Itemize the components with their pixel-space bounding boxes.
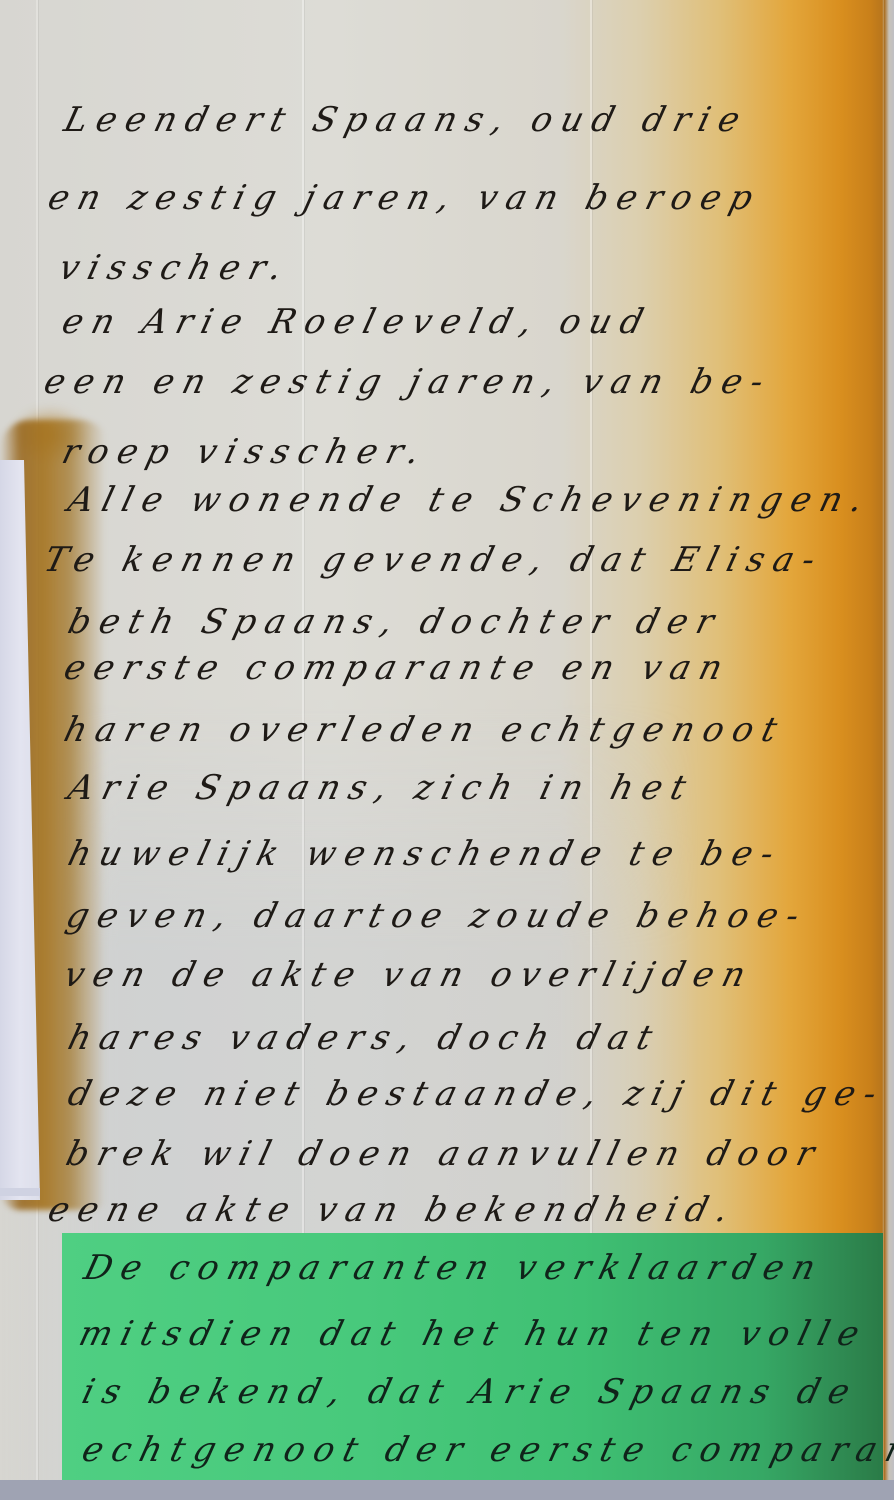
handwritten-line: deze niet bestaande, zij dit ge- bbox=[64, 1074, 890, 1114]
underlying-paper-edge bbox=[0, 1188, 40, 1196]
right-paper-edge bbox=[884, 0, 894, 1500]
handwritten-line: beth Spaans, dochter der bbox=[64, 602, 727, 642]
handwritten-line: haren overleden echtgenoot bbox=[60, 710, 790, 750]
handwritten-line: een en zestig jaren, van be- bbox=[40, 362, 777, 402]
handwritten-line: eerste comparante en van bbox=[60, 648, 736, 688]
highlighted-line: De comparanten verklaarden bbox=[80, 1248, 829, 1288]
highlighted-line: echtgenoot der eerste comparante bbox=[78, 1430, 894, 1470]
handwritten-line: visscher. bbox=[55, 248, 295, 288]
handwritten-line: roep visscher. bbox=[58, 432, 433, 472]
handwritten-line: eene akte van bekendheid. bbox=[44, 1190, 741, 1230]
handwritten-line: Alle wonende te Scheveningen. bbox=[64, 480, 876, 520]
handwritten-line: Te kennen gevende, dat Elisa- bbox=[40, 540, 828, 580]
highlighted-line: is bekend, dat Arie Spaans de bbox=[78, 1372, 863, 1412]
handwritten-line: en Arie Roeleveld, oud bbox=[58, 302, 656, 342]
handwritten-line: hares vaders, doch dat bbox=[64, 1018, 665, 1058]
handwritten-line: ven de akte van overlijden bbox=[60, 955, 758, 995]
highlighted-line: mitsdien dat het hun ten volle bbox=[75, 1314, 872, 1354]
table-surface bbox=[0, 1480, 894, 1500]
handwritten-line: Leendert Spaans, oud drie bbox=[60, 100, 753, 140]
handwritten-line: brek wil doen aanvullen door bbox=[62, 1134, 827, 1174]
handwritten-line: geven, daartoe zoude behoe- bbox=[62, 896, 812, 936]
document-scan: Leendert Spaans, oud drieen zestig jaren… bbox=[0, 0, 894, 1500]
handwritten-line: en zestig jaren, van beroep bbox=[44, 178, 766, 218]
handwritten-line: huwelijk wenschende te be- bbox=[64, 834, 787, 874]
handwritten-line: Arie Spaans, zich in het bbox=[64, 768, 699, 808]
